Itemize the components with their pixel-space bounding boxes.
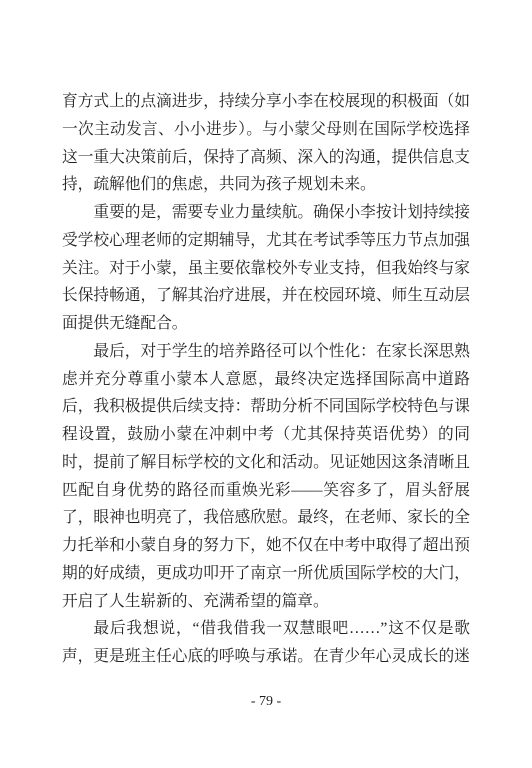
page-text: 育方式上的点滴进步，持续分享小李在校展现的积极面（如一次主动发言、小小进步）。与…	[62, 88, 470, 671]
paragraph: 最后，对于学生的培养路径可以个性化：在家长深思熟虑并充分尊重小蒙本人意愿，最终决…	[62, 338, 470, 616]
paragraph: 重要的是，需要专业力量续航。确保小李按计划持续接受学校心理老师的定期辅导，尤其在…	[62, 199, 470, 338]
paragraph: 最后我想说，“借我借我一双慧眼吧……”这不仅是歌声，更是班主任心底的呼唤与承诺。…	[62, 615, 470, 671]
page-number: - 79 -	[0, 694, 532, 710]
document-page: 育方式上的点滴进步，持续分享小李在校展现的积极面（如一次主动发言、小小进步）。与…	[0, 0, 532, 768]
paragraph: 育方式上的点滴进步，持续分享小李在校展现的积极面（如一次主动发言、小小进步）。与…	[62, 88, 470, 199]
